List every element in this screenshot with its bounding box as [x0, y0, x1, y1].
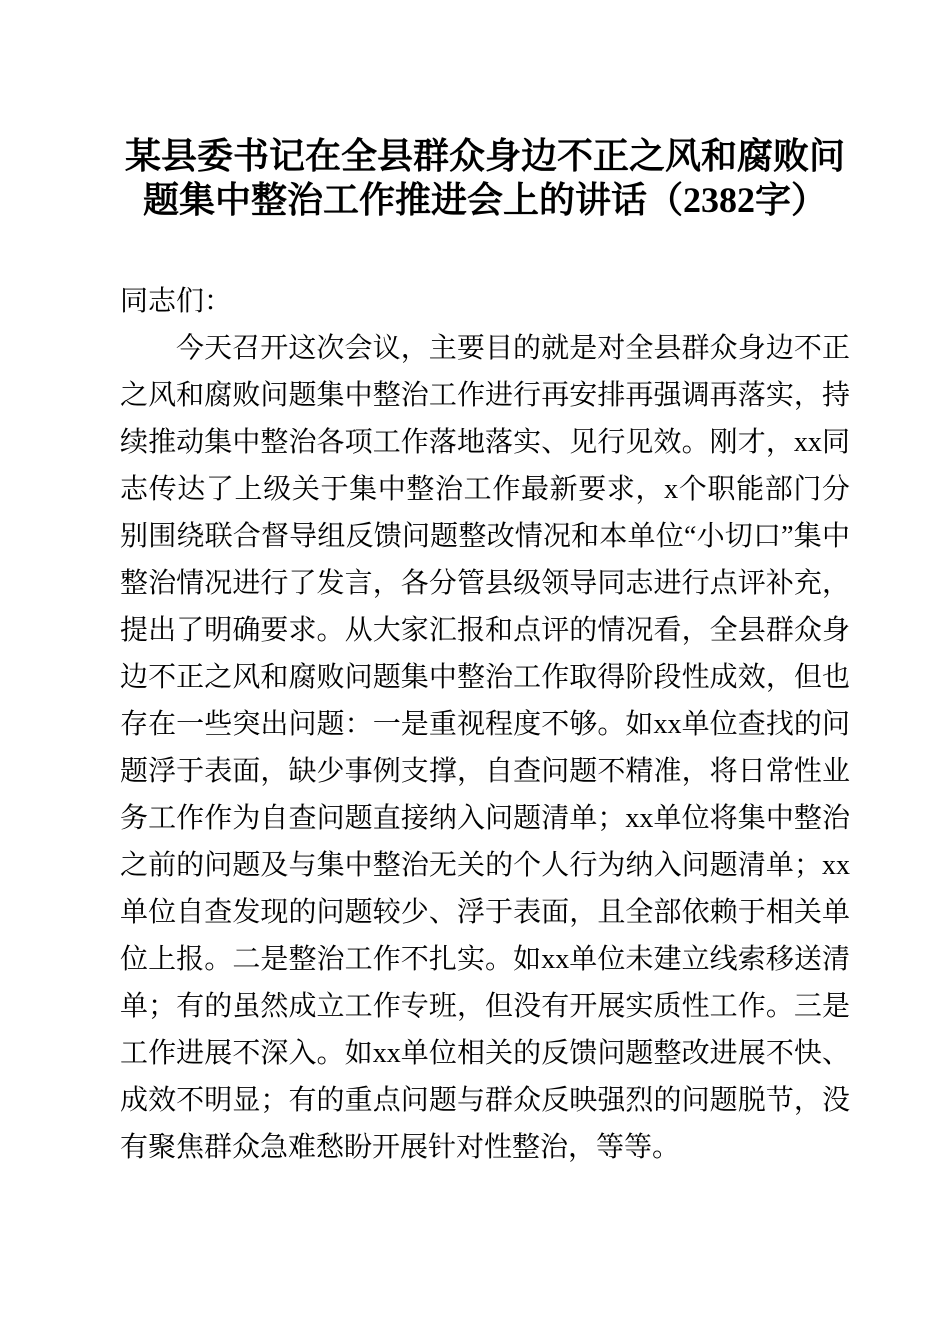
salutation-line: 同志们： [120, 278, 850, 325]
body-paragraph: 今天召开这次会议，主要目的就是对全县群众身边不正之风和腐败问题集中整治工作进行再… [120, 325, 850, 1171]
document-content: 某县委书记在全县群众身边不正之风和腐败问题集中整治工作推进会上的讲话（2382字… [120, 0, 850, 1171]
document-title: 某县委书记在全县群众身边不正之风和腐败问题集中整治工作推进会上的讲话（2382字… [120, 134, 850, 222]
document-page: 某县委书记在全县群众身边不正之风和腐败问题集中整治工作推进会上的讲话（2382字… [0, 0, 950, 1344]
document-body: 同志们： 今天召开这次会议，主要目的就是对全县群众身边不正之风和腐败问题集中整治… [120, 278, 850, 1171]
